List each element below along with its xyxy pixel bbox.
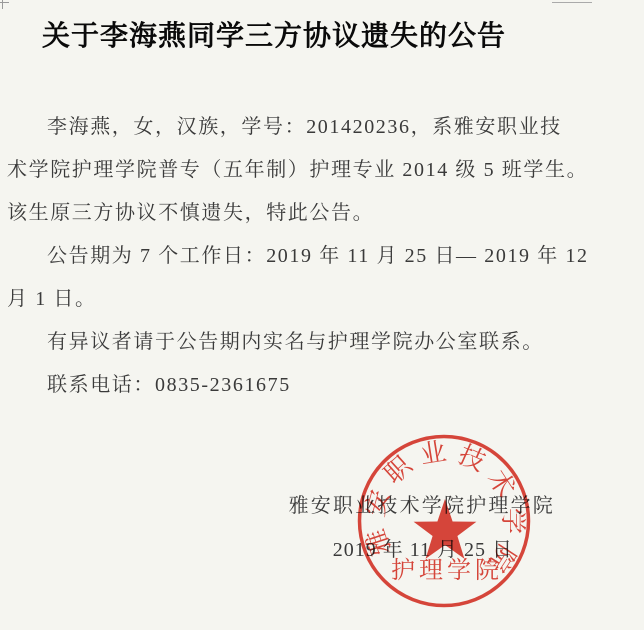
seal-ring [360,437,529,606]
notice-body-line: 联系电话：0835-2361675 [7,364,597,407]
notice-body-line: 公告期为 7 个工作日：2019 年 11 月 25 日— 2019 年 12 [7,235,597,278]
notice-title: 关于李海燕同学三方协议遗失的公告 [42,14,506,54]
notice-body-line: 该生原三方协议不慎遗失，特此公告。 [7,192,597,235]
signature-org: 雅安职业技术学院护理学院 [289,489,555,518]
notice-body-line: 月 1 日。 [7,278,597,321]
notice-document: 关于李海燕同学三方协议遗失的公告 李海燕，女，汉族，学号：201420236，系… [0,0,644,630]
seal-arc-char: 业 [418,437,448,470]
signature-date: 2019 年 11 月 25 日 [333,533,513,562]
page-corner-mark-top-right [552,2,592,3]
notice-body-line: 李海燕，女，汉族，学号：201420236，系雅安职业技 [7,106,597,149]
seal-arc-char: 技 [454,440,490,477]
seal-arc-char: 职 [379,450,418,490]
notice-body: 李海燕，女，汉族，学号：201420236，系雅安职业技术学院护理学院普专（五年… [7,106,597,407]
page-corner-mark-top-left-vertical [2,0,3,9]
notice-body-line: 术学院护理学院普专（五年制）护理专业 2014 级 5 班学生。 [7,149,597,192]
official-seal: 雅安职业技术学院 护理学院 [334,411,554,630]
notice-body-line: 有异议者请于公告期内实名与护理学院办公室联系。 [7,321,597,364]
